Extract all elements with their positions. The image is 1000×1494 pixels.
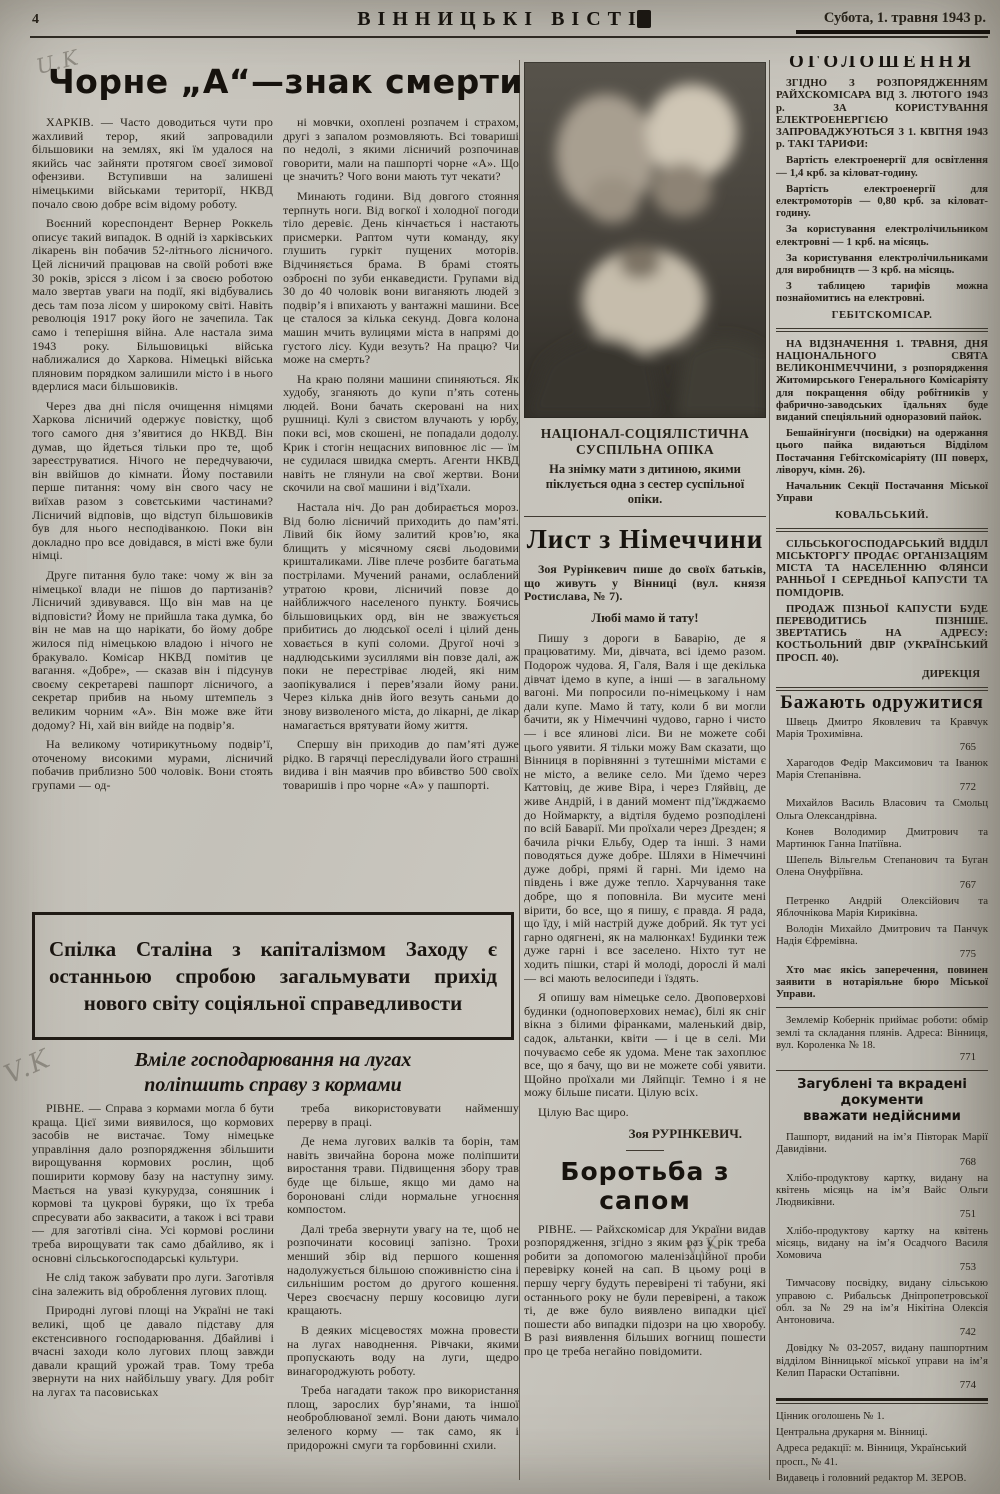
- issue-date: Субота, 1. травня 1943 р.: [726, 10, 986, 27]
- lost-doc-entry: Хлібо-продуктову картку, видану на квіте…: [776, 1172, 988, 1221]
- paragraph: ХАРКІВ. — Часто доводиться чути про жахл…: [32, 116, 273, 211]
- paragraph: треба використовувати найменшу перерву в…: [287, 1102, 519, 1129]
- tariff-item: Вартість електроенергії для освітлення —…: [776, 154, 988, 178]
- entry-number: 772: [776, 781, 988, 793]
- section-rule: [776, 528, 988, 532]
- section-rule: [776, 328, 988, 332]
- letter-closing: Цілую Вас щиро.: [524, 1106, 766, 1120]
- page-number: 4: [32, 12, 39, 28]
- paragraph: Минають години. Від довгого стояння терп…: [283, 190, 519, 367]
- tariff-item: За користування електролічильником елект…: [776, 223, 988, 247]
- lost-doc-entry: Тимчасову посвідку, видану сільською упр…: [776, 1277, 988, 1338]
- marriage-entry: Швець Дмитро Яковлевич та Кравчук Марія …: [776, 716, 988, 753]
- meadows-col2: треба використовувати найменшу перерву в…: [287, 1102, 519, 1492]
- meadows-col1: РІВНЕ. — Справа з кормами могла б бути к…: [32, 1102, 274, 1492]
- dash-separator: [626, 1150, 664, 1151]
- column-rule: [769, 60, 770, 1480]
- column-rule: [519, 60, 520, 1480]
- section-rule: [524, 516, 766, 517]
- announcements-column: ОГОЛОШЕННЯ ЗГІДНО З РОЗПОРЯДЖЕННЯМ РАЙХС…: [776, 56, 988, 1492]
- masthead-rule-thick: [796, 30, 990, 34]
- section-rule: [776, 1070, 988, 1071]
- paragraph: Де нема лугових валків та борін, там нав…: [287, 1135, 519, 1217]
- entry-number: 771: [776, 1051, 988, 1063]
- headline-meadows-line1: Вміле господарювання на лугах: [32, 1048, 514, 1073]
- headline-black-a: Чорне „А“—знак смерти: [48, 62, 518, 101]
- headline-glanders: Боротьба з сапом: [524, 1157, 766, 1215]
- imprint-line: Цінник оголошень № 1.: [776, 1410, 988, 1424]
- imprint-line: Адреса редакції: м. Вінниця, Український…: [776, 1442, 988, 1470]
- entry-text: Конев Володимир Дмитрович та Мартинюк Га…: [776, 826, 988, 850]
- paragraph: Треба нагадати також про використання пл…: [287, 1384, 519, 1452]
- caption-title-line2: СУСПІЛЬНА ОПІКА: [524, 442, 766, 458]
- paragraph: Далі треба звернути увагу на те, щоб не …: [287, 1223, 519, 1318]
- headline-lost-line1: Загублені та вкрадені документи: [776, 1077, 988, 1109]
- paragraph: Через два дні після очищення німцями Хар…: [32, 400, 273, 563]
- newspaper-page: 4 ВІННИЦЬКІ ВІСТІ Субота, 1. травня 1943…: [0, 0, 1000, 1494]
- entry-text: Землемір Кобернік приймає роботи: обмір …: [776, 1014, 988, 1050]
- letter-salutation: Любі мамо й тату!: [524, 610, 766, 626]
- lost-doc-entry: Хлібо-продуктову картку на квітень місяц…: [776, 1225, 988, 1274]
- marriage-entry: Михайлов Василь Власович та Смольц Ольга…: [776, 797, 988, 821]
- entry-number: 753: [776, 1261, 988, 1273]
- boxed-statement-text: Спілка Сталіна з капіталізмом Заходу є о…: [49, 936, 497, 1017]
- boxed-statement: Спілка Сталіна з капіталізмом Заходу є о…: [32, 912, 514, 1040]
- section-rule: [776, 1007, 988, 1008]
- glanders-body: РІВНЕ. — Райхскомісар для України видав …: [524, 1223, 766, 1359]
- paragraph: РІВНЕ. — Справа з кормами могла б бути к…: [32, 1102, 274, 1265]
- paragraph: Воєнний кореспондент Вернер Роккель опис…: [32, 217, 273, 394]
- mayday-signature: КОВАЛЬСЬКИЙ.: [776, 509, 988, 521]
- entry-text: Хлібо-продуктову картку на квітень місяц…: [776, 1225, 988, 1261]
- tariff-item: З таблицею тарифів можна познайомитись н…: [776, 280, 988, 304]
- entry-text: Харагодов Федір Максимович та Іванюк Мар…: [776, 757, 988, 781]
- caption-body: На знімку мати з дитиною, якими піклуєть…: [524, 462, 766, 507]
- paragraph: Не слід також забувати про луги. Заготів…: [32, 1271, 274, 1298]
- photo-caption: НАЦІОНАЛ-СОЦІЯЛІСТИЧНА СУСПІЛЬНА ОПІКА Н…: [524, 426, 766, 507]
- paragraph: На краю поляни машини спиняються. Як худ…: [283, 373, 519, 495]
- electricity-signature: ГЕБІТСКОМІСАР.: [776, 309, 988, 321]
- letter-signature: Зоя РУРІНКЕВИЧ.: [524, 1126, 766, 1142]
- marriage-entry: Петренко Андрій Олексійович та Яблочніко…: [776, 895, 988, 919]
- paragraph: Друге питання було таке: чому ж він за н…: [32, 569, 273, 732]
- headline-lost-documents: Загублені та вкрадені документи вважати …: [776, 1077, 988, 1125]
- entry-number: 775: [776, 948, 988, 960]
- entry-number: 742: [776, 1326, 988, 1338]
- entry-text: Довідку № 03-2057, видану пашпортним від…: [776, 1342, 988, 1378]
- entry-text: Шепель Вільгельм Степанович та Буган Оле…: [776, 854, 988, 878]
- middle-column: НАЦІОНАЛ-СОЦІЯЛІСТИЧНА СУСПІЛЬНА ОПІКА Н…: [524, 62, 766, 1492]
- letter-intro: Зоя Рурінкевич пише до своїх батьків, що…: [524, 563, 766, 604]
- paragraph: В деяких місцевостях можна провести на л…: [287, 1324, 519, 1378]
- paragraph: Настала ніч. До ран добирається мороз. В…: [283, 501, 519, 732]
- imprint: Цінник оголошень № 1. Центральна друкарн…: [776, 1410, 988, 1486]
- agri-signature: ДИРЕКЦІЯ: [776, 668, 988, 680]
- surveyor-ad: Землемір Кобернік приймає роботи: обмір …: [776, 1014, 988, 1063]
- letter-paragraph: Я опишу вам німецьке село. Двоповерхові …: [524, 991, 766, 1100]
- lost-doc-entry: Пашпорт, виданий на ім’я Півторак Марії …: [776, 1131, 988, 1168]
- entry-number: 765: [776, 741, 988, 753]
- agri-paragraph: СІЛЬСЬКОГОСПОДАРСЬКИЙ ВІДДІЛ МІСЬКТОРГУ …: [776, 538, 988, 599]
- mayday-paragraph: НА ВІДЗНАЧЕННЯ 1. ТРАВНЯ, ДНЯ НАЦІОНАЛЬН…: [776, 338, 988, 423]
- entry-text: Пашпорт, виданий на ім’я Півторак Марії …: [776, 1131, 988, 1155]
- entry-number: 767: [776, 879, 988, 891]
- letter-paragraph: Пишу з дороги в Баварію, де я працюватим…: [524, 632, 766, 985]
- entry-text: Тимчасову посвідку, видану сільською упр…: [776, 1277, 988, 1326]
- headline-letter: Лист з Німеччини: [524, 524, 766, 555]
- paragraph: На великому чотирикутньому подвір’ї, ото…: [32, 738, 273, 792]
- entry-text: Петренко Андрій Олексійович та Яблочніко…: [776, 895, 988, 919]
- ink-blot: [637, 10, 651, 28]
- headline-marriages: Бажають одружитися: [776, 697, 988, 709]
- tariff-item: Вартість електроенергії для електромотор…: [776, 183, 988, 220]
- headline-lost-line2: вважати недійсними: [776, 1109, 988, 1125]
- imprint-line: Центральна друкарня м. Вінниці.: [776, 1426, 988, 1440]
- mayday-paragraph2: Бешайнігунги (посвідки) на одержання цьо…: [776, 427, 988, 476]
- entry-number: 768: [776, 1156, 988, 1168]
- entry-number: 751: [776, 1208, 988, 1220]
- agri-paragraph: ПРОДАЖ ПІЗНЬОЇ КАПУСТИ БУДЕ ПЕРЕВОДИТИСЬ…: [776, 603, 988, 664]
- article-black-a-col2: ні мовчки, охоплені розпачем і страхом, …: [283, 116, 519, 910]
- photo-mother-child-nurse: [524, 62, 766, 418]
- paragraph: Спершу він приходив до пам’яті дуже рідк…: [283, 738, 519, 792]
- article-black-a-col1: ХАРКІВ. — Часто доводиться чути про жахл…: [32, 116, 273, 910]
- electricity-lead: ЗГІДНО З РОЗПОРЯДЖЕННЯМ РАЙХСКОМІСАРА ВІ…: [776, 77, 988, 150]
- headline-announcements: ОГОЛОШЕННЯ: [776, 56, 988, 68]
- entry-text: Михайлов Василь Власович та Смольц Ольга…: [776, 797, 988, 821]
- tariff-item: За користування електролічильниками для …: [776, 252, 988, 276]
- imprint-line: Видавець і головний редактор М. ЗЕРОВ.: [776, 1472, 988, 1486]
- imprint-rule: [776, 1398, 988, 1404]
- entry-text: Володін Михайло Дмитрович та Панчук Наді…: [776, 923, 988, 947]
- lost-doc-entry: Довідку № 03-2057, видану пашпортним від…: [776, 1342, 988, 1391]
- headline-meadows: Вміле господарювання на лугах поліпшить …: [32, 1048, 514, 1098]
- masthead-rule: [30, 36, 988, 38]
- entry-text: Хлібо-продуктову картку, видану на квіте…: [776, 1172, 988, 1208]
- caption-title-line1: НАЦІОНАЛ-СОЦІЯЛІСТИЧНА: [524, 426, 766, 442]
- headline-meadows-line2: поліпшить справу з кормами: [32, 1073, 514, 1098]
- marriages-note: Хто має якісь заперечення, повинен заяви…: [776, 964, 988, 1001]
- section-rule: [776, 687, 988, 691]
- entry-text: Швець Дмитро Яковлевич та Кравчук Марія …: [776, 716, 988, 740]
- marriage-entry: Харагодов Федір Максимович та Іванюк Мар…: [776, 757, 988, 794]
- paragraph: Природні лугові площі на Україні не такі…: [32, 1304, 274, 1399]
- entry-number: 774: [776, 1379, 988, 1391]
- marriage-entry: Конев Володимир Дмитрович та Мартинюк Га…: [776, 826, 988, 850]
- marriage-entry: Шепель Вільгельм Степанович та Буган Оле…: [776, 854, 988, 891]
- mayday-signer-title: Начальник Секції Постачання Міської Упра…: [776, 480, 988, 504]
- marriage-entry: Володін Михайло Дмитрович та Панчук Наді…: [776, 923, 988, 960]
- paragraph: ні мовчки, охоплені розпачем і страхом, …: [283, 116, 519, 184]
